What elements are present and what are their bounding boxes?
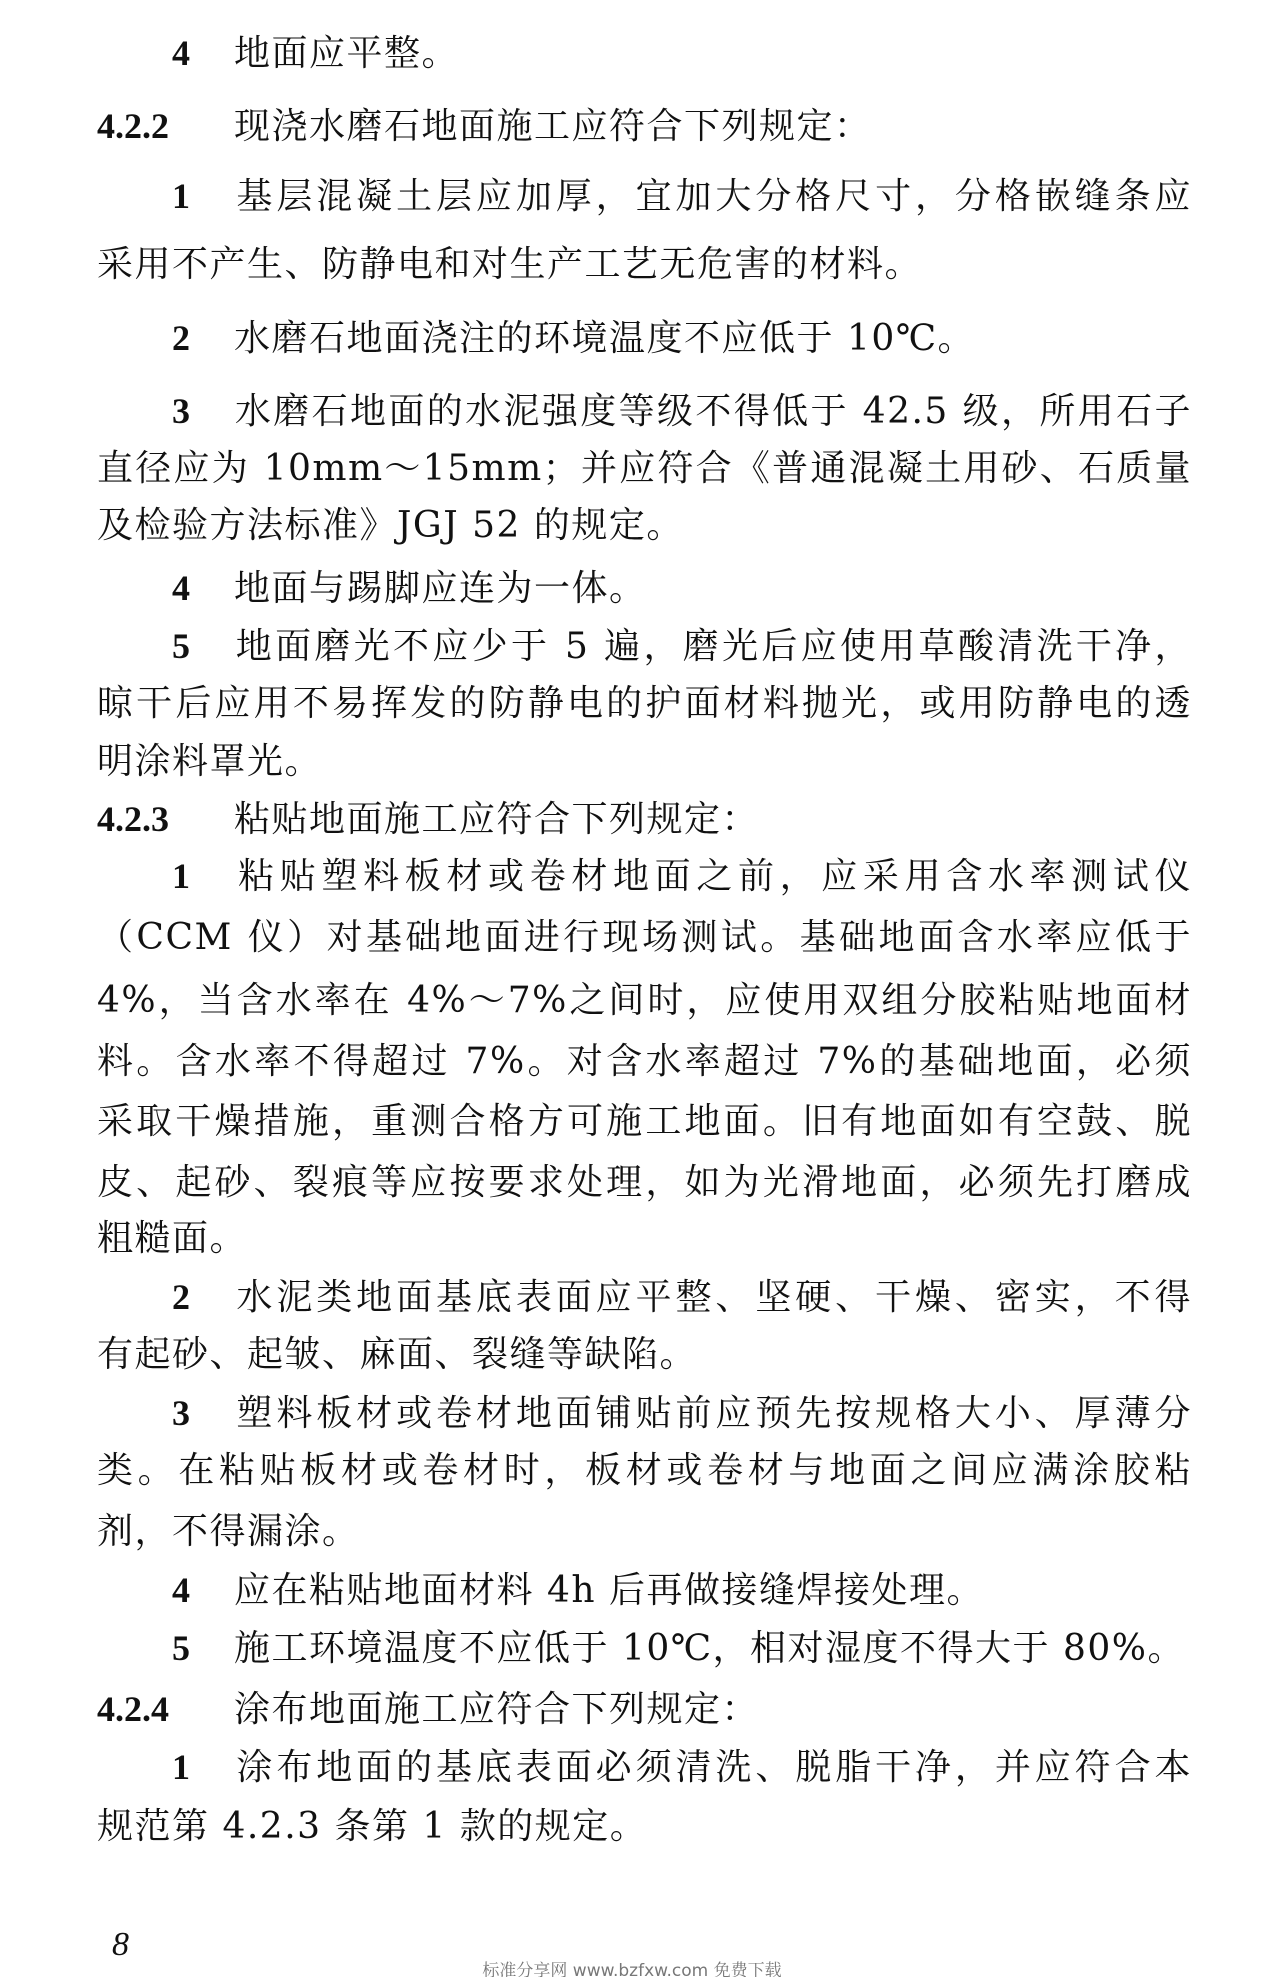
list-item: 5地面磨光不应少于 5 遍，磨光后应使用草酸清洗干净， [172, 624, 1192, 669]
list-item: 3水磨石地面的水泥强度等级不得低于 42.5 级，所用石子 [172, 389, 1192, 434]
item-number: 2 [172, 316, 234, 360]
line-text: 基层混凝土层应加厚，宜加大分格尺寸，分格嵌缝条应 [234, 176, 1192, 217]
paragraph-line: 采用不产生、防静电和对生产工艺无危害的材料。 [97, 243, 1192, 287]
paragraph-line: 类。在粘贴板材或卷材时，板材或卷材与地面之间应满涂胶粘 [97, 1449, 1192, 1493]
list-item: 4应在粘贴地面材料 4h 后再做接缝焊接处理。 [172, 1568, 1192, 1613]
line-text: 粘贴地面施工应符合下列规定： [234, 799, 759, 840]
line-text: 晾干后应用不易挥发的防静电的护面材料抛光，或用防静电的透 [97, 683, 1192, 724]
line-text: 4%，当含水率在 4%～7%之间时，应使用双组分胶粘贴地面材 [97, 980, 1192, 1021]
line-text: 塑料板材或卷材地面铺贴前应预先按规格大小、厚薄分 [234, 1393, 1192, 1434]
line-text: 地面应平整。 [234, 33, 459, 74]
list-item: 4地面应平整。 [172, 31, 1192, 76]
line-text: 料。含水率不得超过 7%。对含水率超过 7%的基础地面，必须 [97, 1041, 1192, 1082]
line-text: 采取干燥措施，重测合格方可施工地面。旧有地面如有空鼓、脱 [97, 1101, 1192, 1142]
line-text: （CCM 仪）对基础地面进行现场测试。基础地面含水率应低于 [97, 917, 1192, 958]
line-text: 应在粘贴地面材料 4h 后再做接缝焊接处理。 [234, 1570, 984, 1611]
list-item: 2水泥类地面基底表面应平整、坚硬、干燥、密实，不得 [172, 1275, 1192, 1320]
section-number: 4.2.3 [97, 797, 234, 841]
line-text: 水泥类地面基底表面应平整、坚硬、干燥、密实，不得 [234, 1277, 1192, 1318]
paragraph-line: 晾干后应用不易挥发的防静电的护面材料抛光，或用防静电的透 [97, 682, 1192, 726]
paragraph-line: 4%，当含水率在 4%～7%之间时，应使用双组分胶粘贴地面材 [97, 979, 1192, 1023]
line-text: 有起砂、起皱、麻面、裂缝等缺陷。 [97, 1334, 697, 1375]
line-text: 明涂料罩光。 [97, 741, 322, 782]
watermark: 标准分享网 www.bzfxw.com 免费下载 [0, 1956, 1264, 1977]
paragraph-line: 有起砂、起皱、麻面、裂缝等缺陷。 [97, 1333, 1192, 1377]
item-number: 2 [172, 1275, 234, 1319]
section-heading: 4.2.4涂布地面施工应符合下列规定： [97, 1687, 1192, 1732]
paragraph-line: 明涂料罩光。 [97, 740, 1192, 784]
section-number: 4.2.2 [97, 104, 234, 148]
item-number: 1 [172, 854, 234, 898]
line-text: 施工环境温度不应低于 10℃，相对湿度不得大于 80%。 [234, 1628, 1185, 1669]
item-number: 3 [172, 389, 234, 433]
paragraph-line: 及检验方法标准》JGJ 52 的规定。 [97, 504, 1192, 548]
line-text: 皮、起砂、裂痕等应按要求处理，如为光滑地面，必须先打磨成 [97, 1162, 1192, 1203]
item-number: 1 [172, 1745, 234, 1789]
paragraph-line: 采取干燥措施，重测合格方可施工地面。旧有地面如有空鼓、脱 [97, 1100, 1192, 1144]
line-text: 粗糙面。 [97, 1218, 247, 1259]
paragraph-line: 皮、起砂、裂痕等应按要求处理，如为光滑地面，必须先打磨成 [97, 1161, 1192, 1205]
paragraph-line: 规范第 4.2.3 条第 1 款的规定。 [97, 1805, 1192, 1849]
list-item: 4地面与踢脚应连为一体。 [172, 566, 1192, 611]
item-number: 5 [172, 624, 234, 668]
section-number: 4.2.4 [97, 1687, 234, 1731]
item-number: 4 [172, 1568, 234, 1612]
item-number: 5 [172, 1626, 234, 1670]
paragraph-line: 直径应为 10mm～15mm；并应符合《普通混凝土用砂、石质量 [97, 447, 1192, 491]
line-text: 地面与踢脚应连为一体。 [234, 568, 647, 609]
paragraph-line: （CCM 仪）对基础地面进行现场测试。基础地面含水率应低于 [97, 916, 1192, 960]
list-item: 3塑料板材或卷材地面铺贴前应预先按规格大小、厚薄分 [172, 1391, 1192, 1436]
section-heading: 4.2.2现浇水磨石地面施工应符合下列规定： [97, 104, 1192, 149]
line-text: 采用不产生、防静电和对生产工艺无危害的材料。 [97, 244, 922, 285]
document-page: 4地面应平整。4.2.2现浇水磨石地面施工应符合下列规定：1基层混凝土层应加厚，… [0, 0, 1264, 1977]
list-item: 1基层混凝土层应加厚，宜加大分格尺寸，分格嵌缝条应 [172, 174, 1192, 219]
line-text: 直径应为 10mm～15mm；并应符合《普通混凝土用砂、石质量 [97, 448, 1192, 489]
list-item: 1涂布地面的基底表面必须清洗、脱脂干净，并应符合本 [172, 1745, 1192, 1790]
line-text: 现浇水磨石地面施工应符合下列规定： [234, 106, 872, 147]
line-text: 涂布地面施工应符合下列规定： [234, 1689, 759, 1730]
line-text: 涂布地面的基底表面必须清洗、脱脂干净，并应符合本 [234, 1747, 1192, 1788]
line-text: 粘贴塑料板材或卷材地面之前，应采用含水率测试仪 [234, 856, 1192, 897]
line-text: 剂，不得漏涂。 [97, 1511, 360, 1552]
item-number: 4 [172, 31, 234, 75]
line-text: 地面磨光不应少于 5 遍，磨光后应使用草酸清洗干净， [234, 626, 1192, 667]
line-text: 规范第 4.2.3 条第 1 款的规定。 [97, 1806, 647, 1847]
line-text: 及检验方法标准》JGJ 52 的规定。 [97, 505, 684, 546]
item-number: 1 [172, 174, 234, 218]
item-number: 4 [172, 566, 234, 610]
paragraph-line: 料。含水率不得超过 7%。对含水率超过 7%的基础地面，必须 [97, 1040, 1192, 1084]
section-heading: 4.2.3粘贴地面施工应符合下列规定： [97, 797, 1192, 842]
list-item: 5施工环境温度不应低于 10℃，相对湿度不得大于 80%。 [172, 1626, 1192, 1671]
line-text: 水磨石地面的水泥强度等级不得低于 42.5 级，所用石子 [234, 391, 1192, 432]
line-text: 水磨石地面浇注的环境温度不应低于 10℃。 [234, 318, 975, 359]
line-text: 类。在粘贴板材或卷材时，板材或卷材与地面之间应满涂胶粘 [97, 1450, 1192, 1491]
paragraph-line: 剂，不得漏涂。 [97, 1510, 1192, 1554]
paragraph-line: 粗糙面。 [97, 1217, 1192, 1261]
list-item: 2水磨石地面浇注的环境温度不应低于 10℃。 [172, 316, 1192, 361]
list-item: 1粘贴塑料板材或卷材地面之前，应采用含水率测试仪 [172, 854, 1192, 899]
item-number: 3 [172, 1391, 234, 1435]
